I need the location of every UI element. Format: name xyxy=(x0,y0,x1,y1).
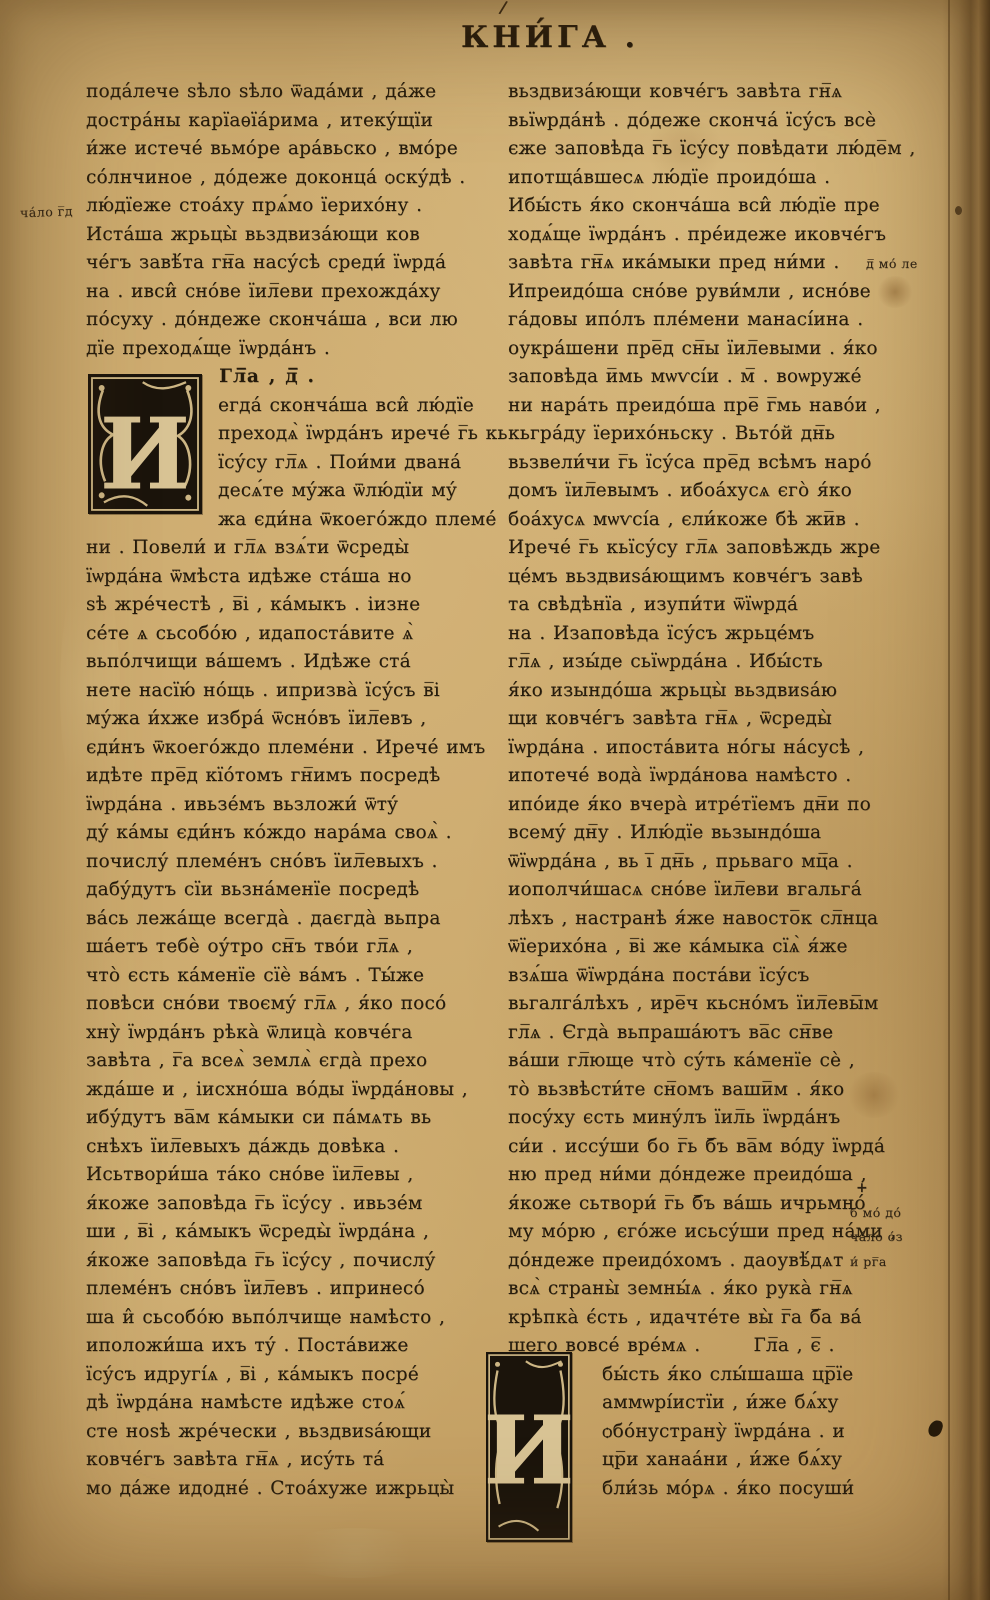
text-line: це́мъ вьздвиѕа́ющимъ ковче́гъ завѣ xyxy=(508,563,946,592)
text-line: то̀ вьзвѣсти́те сн̅омъ ваши̅м . я́ко xyxy=(508,1076,946,1105)
text-line: пода́лече ѕѣло ѕѣло ѿада́ми , да́же xyxy=(86,78,488,107)
text-line: крѣпка̀ є́сть , идачте́те вы̀ г̅а б̅а ва… xyxy=(508,1304,946,1333)
margin-note-left: ча́ло г̅д xyxy=(20,203,90,220)
text-line: ипотече́ вода̀ їѡрда́нова намѣсто . xyxy=(508,762,946,791)
text-line: по́суху . до́ндеже сконча́ша , вси лю xyxy=(86,306,488,335)
drop-cap-letter: И xyxy=(486,1394,572,1506)
text-line: єди́нъ ѿкоего́ждо племе́ни . Ирече́ имъ xyxy=(86,734,488,763)
text-line: ва́ши гл̅юще что̀ су́ть ка́менїе сѐ , xyxy=(508,1047,946,1076)
text-line: ѿїерихо́на , в̅і же ка́мыка сїѧ̀ я́же xyxy=(508,933,946,962)
text-line: племе́нъ сно́въ їил̅евъ . ипринесо́ xyxy=(86,1275,488,1304)
text-line: ша́етъ тебѐ оу́тро сн̅ъ тво́и гл̅ѧ , xyxy=(86,933,488,962)
text-line: бы́сть я́ко слы́шаша цр̅їе xyxy=(508,1361,946,1390)
text-line: оукра́шени пре̅д сн̅ы їил̅евыми . я́ко xyxy=(508,335,946,364)
text-line: хну̀ їѡрда́нъ рѣка̀ ѿлица̀ ковче́га xyxy=(86,1019,488,1048)
text-line: что̀ єсть ка́менїе сїѐ ва́мъ . Ты́же xyxy=(86,962,488,991)
text-line: посу́ху єсть мину́лъ їил̅ь їѡрда́нъ xyxy=(508,1104,946,1133)
text-line: їсу́съ идругі́ѧ , в̅і , ка́мыкъ посре́ xyxy=(86,1361,488,1390)
text-line: та свѣдѣнїа , изупи́ти ѿїѡрда́ xyxy=(508,591,946,620)
text-line: ходѧ́ще їѡрда́нъ . пре́идеже иковче́гъ xyxy=(508,221,946,250)
text-line: ни . Повели́ и гл̅ѧ взѧ́ти ѿсреды̀ xyxy=(86,534,488,563)
text-line: ши , в̅і , ка́мыкъ ѿсреды̀ їѡрда́на , xyxy=(86,1218,488,1247)
drop-cap-initial-right: И xyxy=(486,1352,572,1542)
text-line: ва́сь лежа́ще всегда̀ . даєгда̀ вьпра xyxy=(86,905,488,934)
page-edge xyxy=(942,0,990,1600)
text-line: ду́ ка́мы єди́нъ ко́ждо нара́ма своѧ̀ . xyxy=(86,819,488,848)
text-line: цр̅и ханаа́ни , и́же бѧ́ху xyxy=(508,1446,946,1475)
text-line: шего вовсе́ вре́мѧ . Гл̅а , є̅ . xyxy=(508,1332,946,1361)
text-column-left: пода́лече ѕѣло ѕѣло ѿада́ми , да́жедостр… xyxy=(86,78,488,1503)
text-line: вьгалга́лѣхъ , ире̅ч кьсно́мъ їил̅евы̅м xyxy=(508,990,946,1019)
text-line: лѣхъ , настранѣ я́же навосто̅к сл̅нца xyxy=(508,905,946,934)
margin-note-line: и́ рг̅а xyxy=(850,1254,887,1269)
text-line: я́коже заповѣда г̅ь їсу́су , почислу́ xyxy=(86,1247,488,1276)
text-line: вьзвели́чи г̅ь їсу́са пре̅д всѣмъ наро́ xyxy=(508,449,946,478)
text-line: дїе преходѧ́ще їѡрда́нъ . xyxy=(86,335,488,364)
text-line: се́те ѧ сьсобо́ю , идапоста́вите ѧ̀ xyxy=(86,620,488,649)
text-line: їѡрда́на . ивьзе́мъ вьзложи́ ѿту́ xyxy=(86,791,488,820)
text-line: щи ковче́гъ завѣта гн̅ѧ , ѿсреды̀ xyxy=(508,705,946,734)
drop-cap-initial-left: И xyxy=(88,374,202,514)
text-line: достра́ны карїаѳїа́рима , итеку́щїи xyxy=(86,107,488,136)
text-line: я́ко изындо́ша жрьцы̀ вьздвиѕа́ю xyxy=(508,677,946,706)
text-line: идѣте пре̅д кїо́томъ гн̅имъ посредѣ xyxy=(86,762,488,791)
margin-note-line: б мо́ до́ xyxy=(850,1205,901,1220)
text-line: боа́хусѧ мѡѵсі́а , єли́коже бѣ жи̅в . xyxy=(508,506,946,535)
text-line: лю́дїеже стоа́ху прѧ́мо їерихо́ну . xyxy=(86,192,488,221)
text-line: повѣси сно́ви твоєму́ гл̅ѧ , я́ко посо́ xyxy=(86,990,488,1019)
text-line: ибу́дутъ ва̅м ка́мыки си па́мѧть вь xyxy=(86,1104,488,1133)
text-line: га́довы ипо́лъ пле́мени манасі́ина . xyxy=(508,306,946,335)
text-line: Исьтвори́ша та́ко сно́ве їил̅евы , xyxy=(86,1161,488,1190)
text-line: аммѡрі́истїи , и́же бѧ́ху xyxy=(508,1389,946,1418)
text-line: вьпо́лчищи ва́шемъ . Идѣже ста́ xyxy=(86,648,488,677)
text-line: ипотща́вшесѧ лю́дїе проидо́ша . xyxy=(508,164,946,193)
text-line: їѡрда́на . ипоста́вита но́гы на́сусѣ , xyxy=(508,734,946,763)
text-line: всему́ дн̅у . Илю́дїе вьзындо́ша xyxy=(508,819,946,848)
text-line: дабу́дутъ сїи вьзна́менїе посредѣ xyxy=(86,876,488,905)
text-line: ковче́гъ завѣта гн̅ѧ , ису́ть та́ xyxy=(86,1446,488,1475)
text-line: ипо́иде я́ко вчера̀ итре́тїемъ дн̅и по xyxy=(508,791,946,820)
pen-mark: / xyxy=(498,0,509,18)
text-line: Ипреидо́ша сно́ве руви́мли , исно́ве xyxy=(508,278,946,307)
text-line: сте ноѕѣ жре́чески , вьздвиѕа́ющи xyxy=(86,1418,488,1447)
text-line: домъ їил̅евымъ . ибоа́хусѧ єго̀ я́ко xyxy=(508,477,946,506)
text-line: дѣ їѡрда́на намѣсте идѣже стоѧ́ xyxy=(86,1389,488,1418)
text-line: со́лнчиное , до́деже доконца́ ѻску́дѣ . xyxy=(86,164,488,193)
text-line: Ибы́сть я́ко сконча́ша вси̂ лю́дїе пре xyxy=(508,192,946,221)
text-line: и́же истече́ вьмо́ре ара́вьско , вмо́ре xyxy=(86,135,488,164)
text-line: гл̅ѧ , изы́де сьїѡрда́на . Ибы́сть xyxy=(508,648,946,677)
text-line: єже заповѣда г̅ь їсу́су повѣдати лю́де̅м… xyxy=(508,135,946,164)
text-line: взѧ́ша ѿїѡрда́на поста́ви їсу́съ xyxy=(508,962,946,991)
text-line: му́жа и́хже избра́ ѿсно́въ їил̅евъ , xyxy=(86,705,488,734)
text-line: їѡрда́на ѿмѣста идѣже ста́ша но xyxy=(86,563,488,592)
text-line: си́и . иссу́ши бо г̅ь б̅ъ ва̅м во́ду їѡр… xyxy=(508,1133,946,1162)
text-line: иополчи́шасѧ сно́ве їил̅еви вгальга́ xyxy=(508,876,946,905)
text-line: ша и̂ сьсобо́ю вьпо́лчище намѣсто , xyxy=(86,1304,488,1333)
margin-note-line: ча́ло о́з xyxy=(850,1229,903,1244)
text-line: завѣта , г̅а всеѧ̀ землѧ̀ єгда̀ прехо xyxy=(86,1047,488,1076)
text-line: заповѣда и̅мь мѡѵсі́и . м̅ . воѡруже́ xyxy=(508,363,946,392)
stain xyxy=(280,1528,430,1578)
text-column-right: вьздвиза́ющи ковче́гъ завѣта гн̅ѧвьїѡрда… xyxy=(508,78,946,1503)
text-line: бли́зь мо́рѧ . я́ко посуши́ xyxy=(508,1475,946,1504)
text-line: ѕѣ жре́честѣ , в̅і , ка́мыкъ . іизне xyxy=(86,591,488,620)
text-line: вьздвиза́ющи ковче́гъ завѣта гн̅ѧ xyxy=(508,78,946,107)
text-line: на . Изаповѣда їсу́съ жрьце́мъ xyxy=(508,620,946,649)
text-line: гл̅ѧ . Єгда̀ вьпраша́ютъ ва̅с сн̅ве xyxy=(508,1019,946,1048)
text-line: жда́ше и , іисхно́ша во́ды їѡрда́новы , xyxy=(86,1076,488,1105)
text-line: нете насїю́ но́щь . ипризва̀ їсу́съ в̅і xyxy=(86,677,488,706)
text-line: Иста́ша жрьцы̀ вьздвиза́ющи ков xyxy=(86,221,488,250)
drop-cap-letter: И xyxy=(100,396,190,511)
text-line: иположи́ша ихъ ту́ . Поста́виже xyxy=(86,1332,488,1361)
text-line: ѻбо́нустрану̀ їѡрда́на . и xyxy=(508,1418,946,1447)
text-line: мо да́же идодне́ . Стоа́хуже ижрьцы̀ xyxy=(86,1475,488,1504)
text-line: я́коже заповѣда г̅ь їсу́су . ивьзе́м xyxy=(86,1190,488,1219)
text-line: на . ивси̂ сно́ве їил̅еви прехожда́ху xyxy=(86,278,488,307)
text-line: че́гъ завѣ́та гн̅а насу́сѣ среди́ їѡрда́ xyxy=(86,249,488,278)
text-line: ѿїѡрда́на , вь і̅ дн̅ь , прьваго мц̅а . xyxy=(508,848,946,877)
text-line: почислу́ племе́нъ сно́въ їил̅евыхъ . xyxy=(86,848,488,877)
text-line: кьгра́ду їерихо́ньску . Вьто́й дн̅ь xyxy=(508,420,946,449)
book-page: / КНИ́ГА . пода́лече ѕѣло ѕѣло ѿада́ми ,… xyxy=(0,0,990,1600)
text-line: Ирече́ г̅ь кьїсу́су гл̅ѧ заповѣждь жре xyxy=(508,534,946,563)
text-line: всѧ̀ страны̀ земны́ѧ . я́ко рука̀ гн̅ѧ xyxy=(508,1275,946,1304)
page-header-title: КНИ́ГА . xyxy=(430,20,670,55)
text-line: ни нара́ть преидо́ша пре̅ г̅мь наво́и , xyxy=(508,392,946,421)
text-line: снѣхъ їил̅евыхъ да́ждь довѣка . xyxy=(86,1133,488,1162)
text-line: вьїѡрда́нѣ . до́деже сконча́ їсу́съ всѐ xyxy=(508,107,946,136)
